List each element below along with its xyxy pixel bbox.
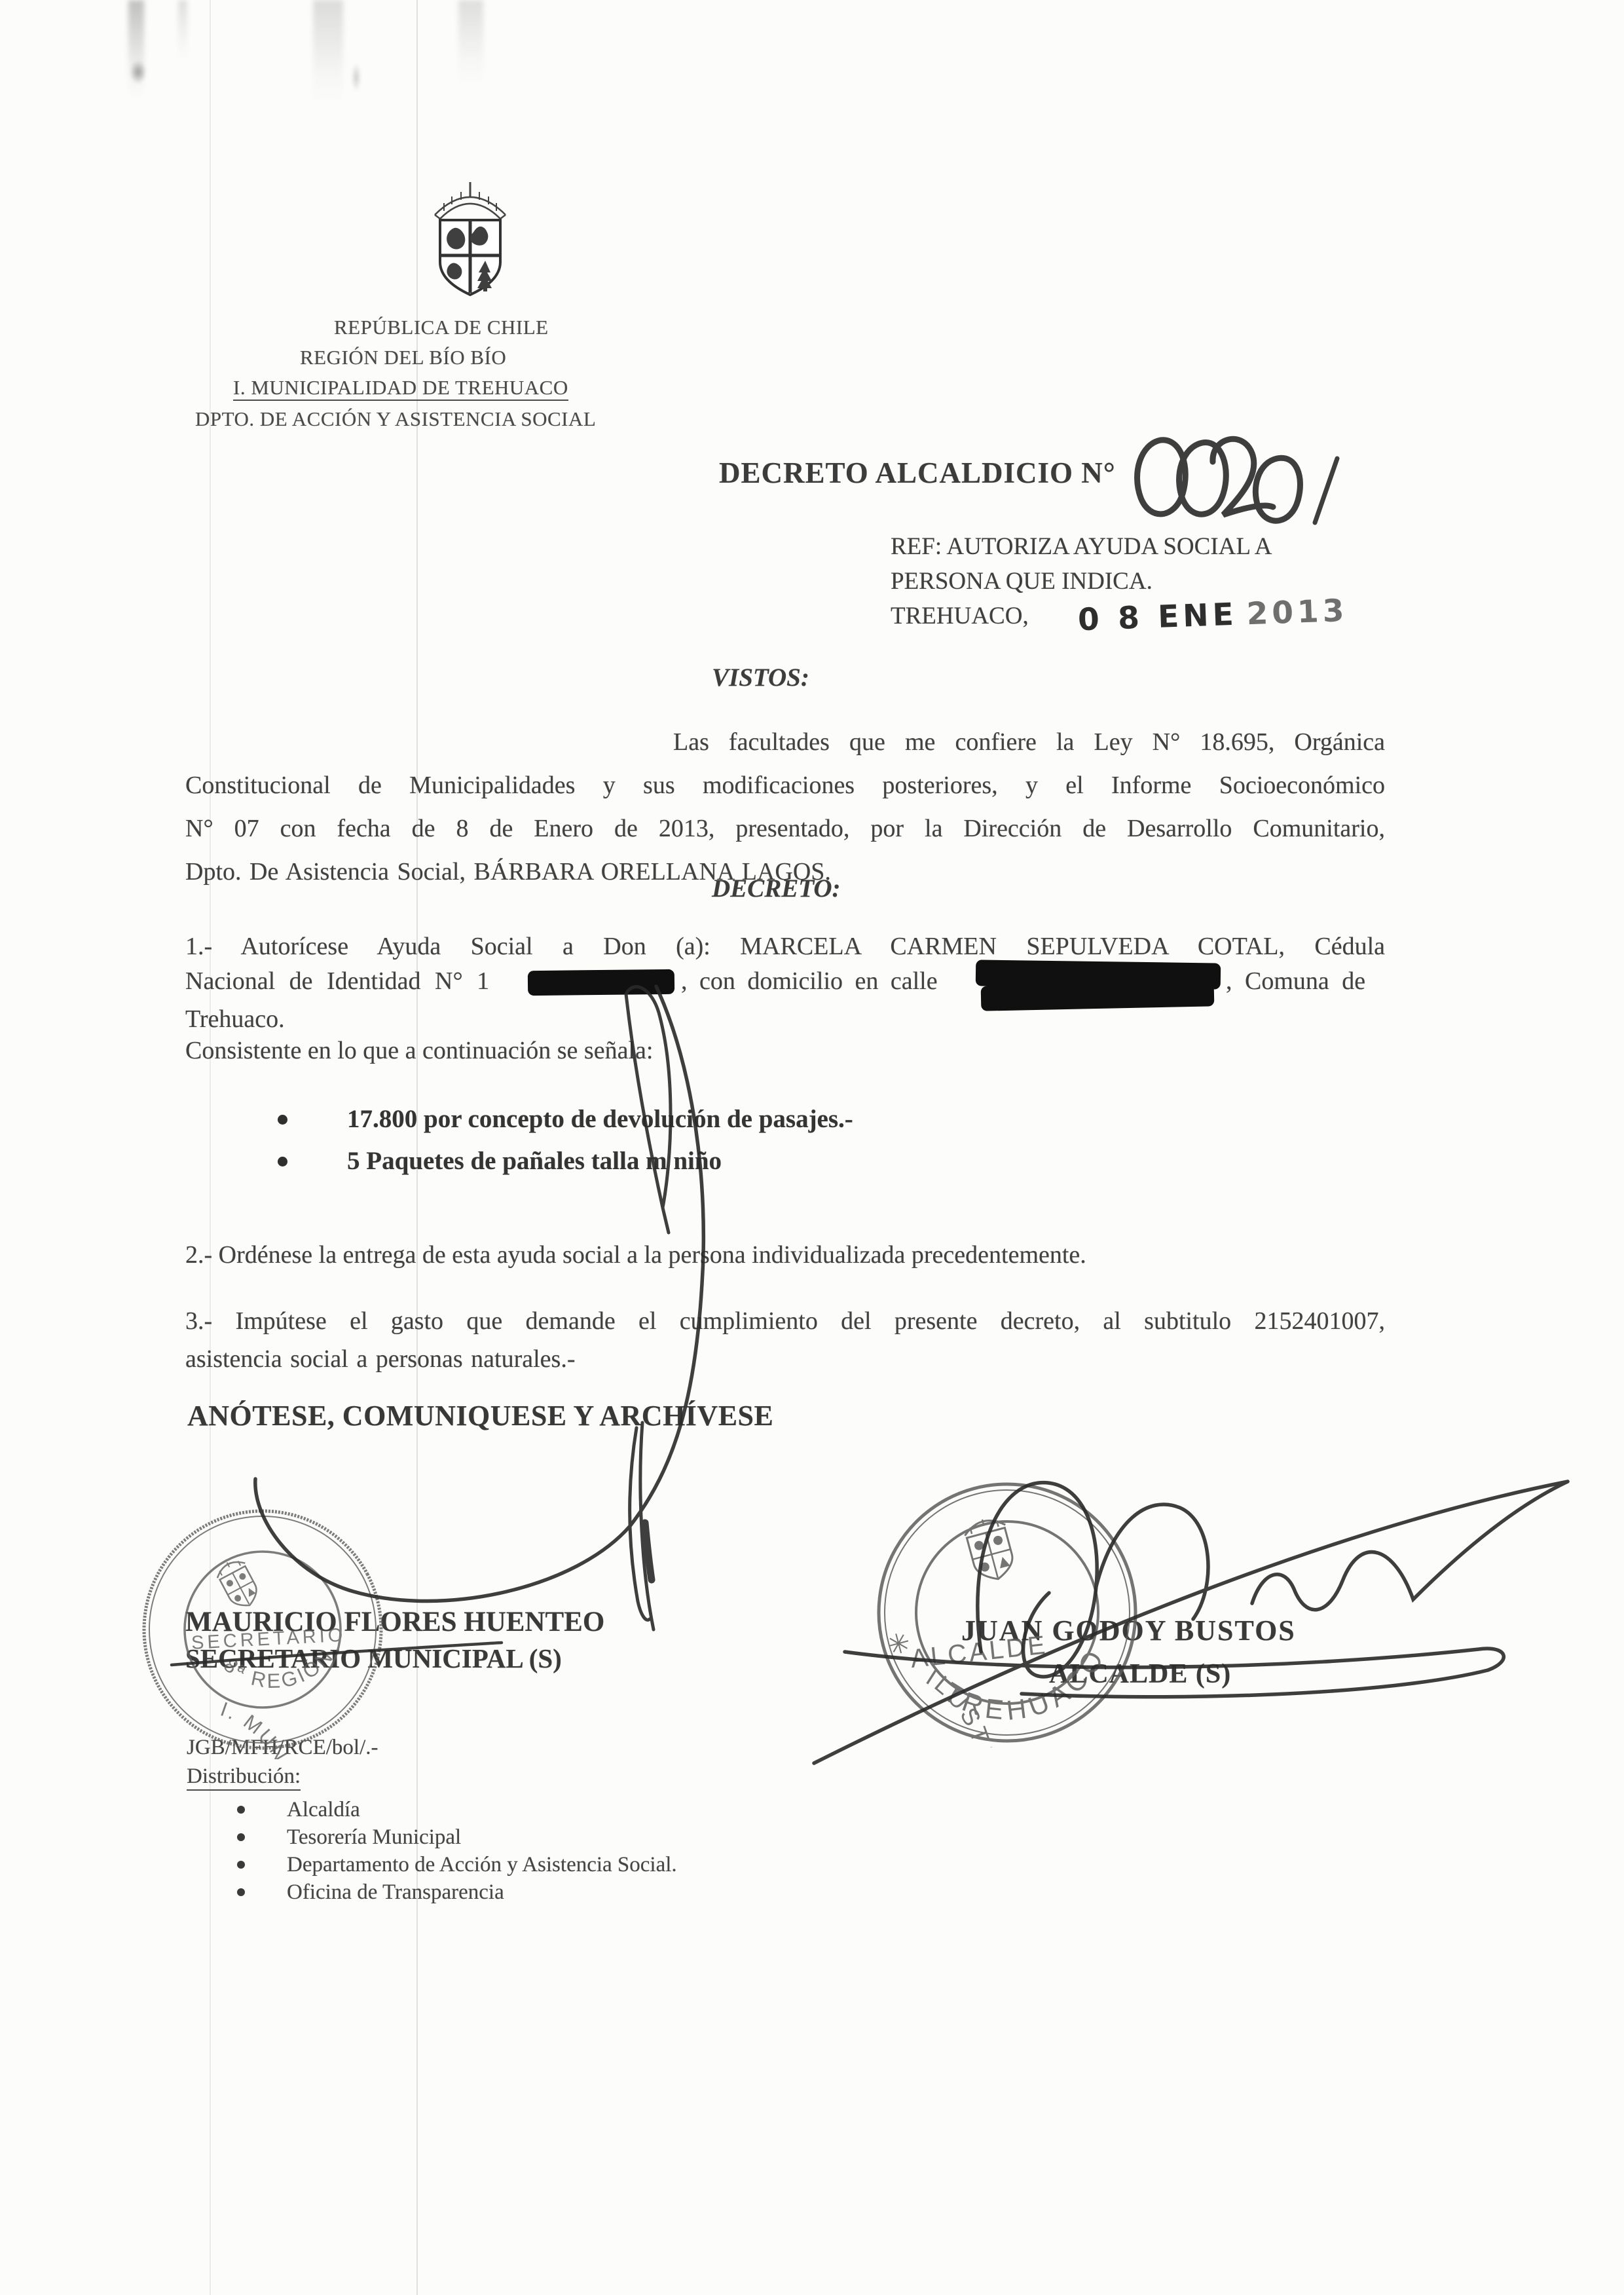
pen-ink-overlay	[0, 0, 1624, 2295]
handwritten-decree-number	[1137, 439, 1301, 521]
handwritten-slash	[1315, 458, 1337, 523]
mayor-signature	[814, 1482, 1568, 1763]
pen-stroke-leaf	[626, 987, 671, 1233]
pen-stroke-strike	[172, 1643, 502, 1665]
pen-stroke-hairpin	[630, 1423, 654, 1630]
scanned-decree-page: REPÚBLICA DE CHILE REGIÓN DEL BÍO BÍO I.…	[0, 0, 1624, 2295]
